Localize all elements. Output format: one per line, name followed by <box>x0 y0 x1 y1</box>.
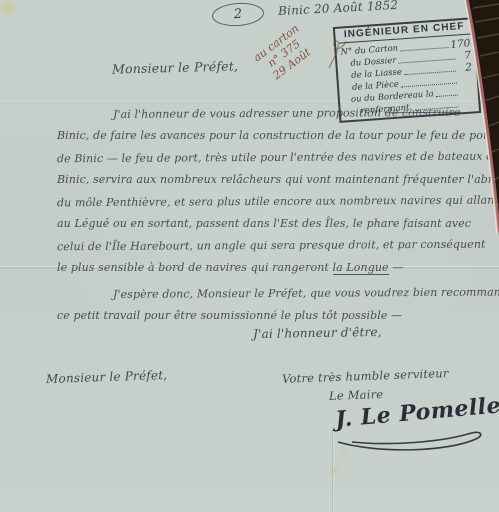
scanned-letter-page: 2 Binic 20 Août 1852 au carton n° 375 29… <box>0 0 499 512</box>
closing-honneur: J'ai l'honneur d'être, <box>253 325 382 341</box>
salutation: Monsieur le Préfet, <box>112 58 239 76</box>
dotted-leader <box>436 95 458 98</box>
page-number-text: 2 <box>233 7 242 23</box>
body-line: le plus sensible à bord de navires qui r… <box>57 257 465 279</box>
body-text: — <box>389 261 404 274</box>
closing-formula: Votre très humble serviteur <box>282 366 449 386</box>
body-line: celui de l'Île Harebourt, un angle qui s… <box>57 234 465 258</box>
circled-page-number: 2 <box>211 1 264 28</box>
stamp-field-value: 2 <box>457 61 472 74</box>
signature-flourish <box>330 428 490 458</box>
body-line: au Légué ou en sortant, passent dans l'E… <box>57 213 465 235</box>
closing-title: Le Maire <box>329 387 384 403</box>
body-line: J'espère donc, Monsieur le Préfet, que v… <box>57 282 465 306</box>
underlined-text: la Longue <box>333 261 389 275</box>
body-line: J'ai l'honneur de vous adresser une prop… <box>57 102 465 126</box>
body-line: Binic, servira aux nombreux relâcheurs q… <box>57 169 465 191</box>
second-paragraph: J'espère donc, Monsieur le Préfet, que v… <box>57 283 465 327</box>
closing-addressee: Monsieur le Préfet, <box>46 368 168 386</box>
body-line: Binic, de faire les avances pour la cons… <box>57 125 465 147</box>
body-text: le plus sensible à bord de navires qui r… <box>57 261 333 274</box>
body-line: ce petit travail pour être soumissionné … <box>57 305 465 327</box>
dateline: Binic 20 Août 1852 <box>278 0 399 18</box>
struck-text: de construire <box>385 106 461 119</box>
ink-flourish <box>326 38 348 72</box>
body-line: de Binic — le feu de port, très utile po… <box>57 146 465 170</box>
body-line: du môle Penthièvre, et sera plus utile e… <box>57 190 465 214</box>
body-text: J'ai l'honneur de vous adresser une prop… <box>113 106 381 121</box>
letter-body: J'ai l'honneur de vous adresser une prop… <box>57 103 465 327</box>
